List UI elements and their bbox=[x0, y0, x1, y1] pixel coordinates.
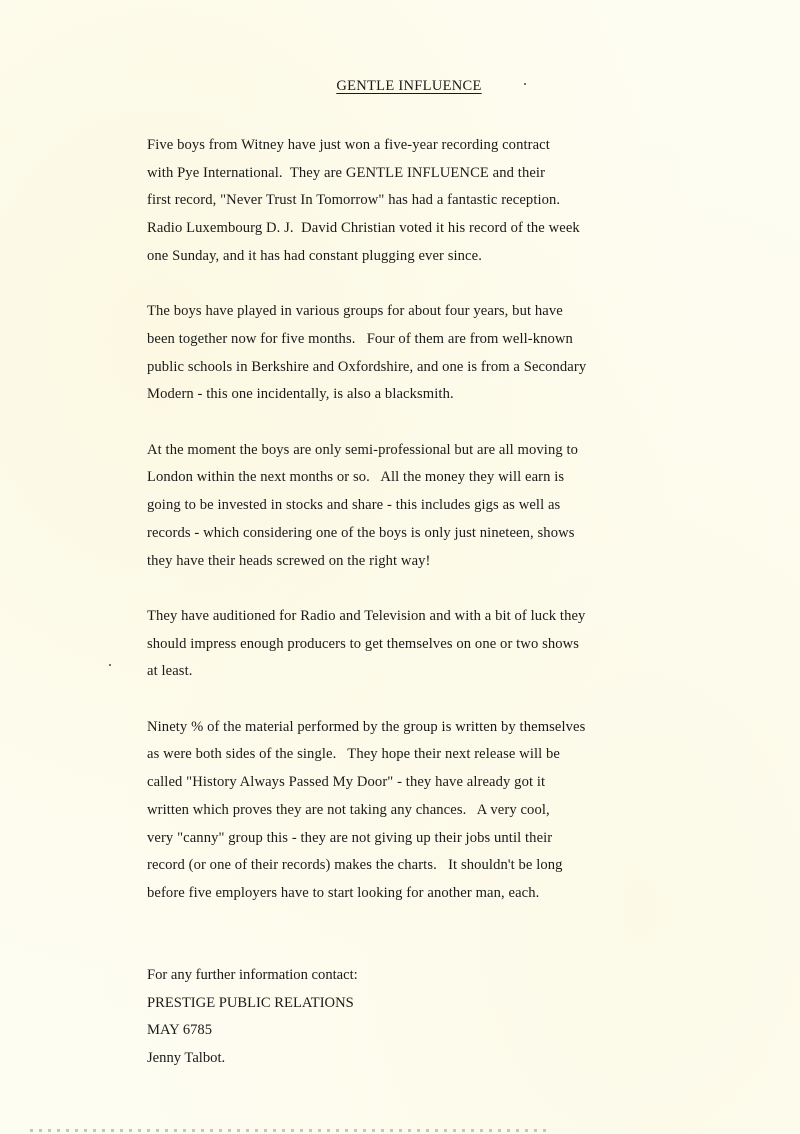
contact-block: For any further information contact: PRE… bbox=[147, 962, 358, 1073]
paper-speck bbox=[524, 83, 526, 85]
paragraph-line: called "History Always Passed My Door" -… bbox=[147, 769, 707, 797]
contact-company: PRESTIGE PUBLIC RELATIONS bbox=[147, 990, 358, 1018]
paragraph: At the moment the boys are only semi-pro… bbox=[147, 437, 707, 576]
press-release-body: Five boys from Witney have just won a fi… bbox=[147, 132, 707, 935]
paragraph-line: going to be invested in stocks and share… bbox=[147, 492, 707, 520]
paragraph-line: At the moment the boys are only semi-pro… bbox=[147, 437, 707, 465]
paragraph-line: They have auditioned for Radio and Telev… bbox=[147, 603, 707, 631]
paragraph-line: very "canny" group this - they are not g… bbox=[147, 825, 707, 853]
bleed-through-edge bbox=[30, 1129, 550, 1132]
paragraph-line: with Pye International. They are GENTLE … bbox=[147, 160, 707, 188]
contact-intro: For any further information contact: bbox=[147, 962, 358, 990]
paragraph-line: record (or one of their records) makes t… bbox=[147, 852, 707, 880]
paragraph-line: they have their heads screwed on the rig… bbox=[147, 548, 707, 576]
paragraph-line: been together now for five months. Four … bbox=[147, 326, 707, 354]
contact-phone: MAY 6785 bbox=[147, 1017, 358, 1045]
paragraph-line: before five employers have to start look… bbox=[147, 880, 707, 908]
paragraph-line: records - which considering one of the b… bbox=[147, 520, 707, 548]
paper-page: GENTLE INFLUENCE Five boys from Witney h… bbox=[0, 0, 800, 1134]
paragraph-line: at least. bbox=[147, 658, 707, 686]
paragraph-line: as were both sides of the single. They h… bbox=[147, 741, 707, 769]
paragraph-line: public schools in Berkshire and Oxfordsh… bbox=[147, 354, 707, 382]
paragraph-line: Five boys from Witney have just won a fi… bbox=[147, 132, 707, 160]
paragraph: They have auditioned for Radio and Telev… bbox=[147, 603, 707, 686]
paragraph-line: written which proves they are not taking… bbox=[147, 797, 707, 825]
paragraph-line: The boys have played in various groups f… bbox=[147, 298, 707, 326]
paragraph-line: Ninety % of the material performed by th… bbox=[147, 714, 707, 742]
paragraph-line: should impress enough producers to get t… bbox=[147, 631, 707, 659]
paragraph-line: Radio Luxembourg D. J. David Christian v… bbox=[147, 215, 707, 243]
paragraph-line: one Sunday, and it has had constant plug… bbox=[147, 243, 707, 271]
contact-person: Jenny Talbot. bbox=[147, 1045, 358, 1073]
paragraph: The boys have played in various groups f… bbox=[147, 298, 707, 409]
paragraph: Ninety % of the material performed by th… bbox=[147, 714, 707, 908]
paper-speck bbox=[109, 664, 111, 666]
paragraph-line: London within the next months or so. All… bbox=[147, 464, 707, 492]
document-title: GENTLE INFLUENCE bbox=[0, 78, 800, 95]
paragraph-line: first record, "Never Trust In Tomorrow" … bbox=[147, 187, 707, 215]
paragraph-line: Modern - this one incidentally, is also … bbox=[147, 381, 707, 409]
paragraph: Five boys from Witney have just won a fi… bbox=[147, 132, 707, 271]
